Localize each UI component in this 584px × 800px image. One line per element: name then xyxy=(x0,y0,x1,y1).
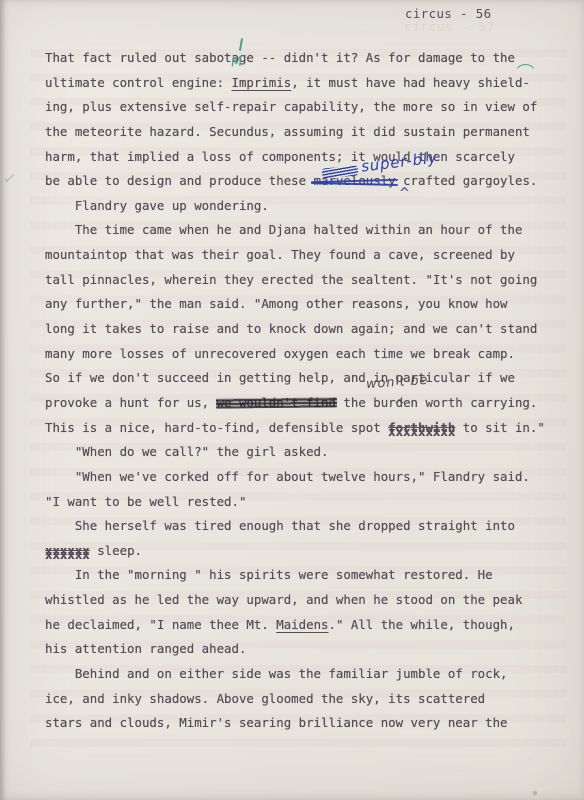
typed-line: In the "morning " his spirits were somew… xyxy=(45,563,565,588)
typed-line: mountaintop that was their goal. They fo… xyxy=(45,243,565,268)
typed-text-segment: "I want to be well rested." xyxy=(45,494,246,509)
typed-line: be able to design and produce these marv… xyxy=(45,169,565,194)
typed-line: he declaimed, "I name thee Mt. Maidens."… xyxy=(45,613,565,638)
typed-text-segment: any further," the man said. "Among other… xyxy=(45,296,508,311)
typed-text-segment: whistled as he led the way upward, and w… xyxy=(45,592,522,607)
struck-or-marked-text: Imprimis xyxy=(232,75,292,90)
typed-text-segment: the burden worth carrying. xyxy=(336,395,537,410)
typed-text-segment: The time came when he and Djana halted w… xyxy=(45,222,522,237)
typed-line: "When we've corked off for about twelve … xyxy=(45,465,565,490)
typed-line: She herself was tired enough that she dr… xyxy=(45,514,565,539)
typed-text-segment: This is a nice, hard-to-find, defensible… xyxy=(45,420,388,435)
typed-line: This is a nice, hard-to-find, defensible… xyxy=(45,416,565,441)
typed-line: any further," the man said. "Among other… xyxy=(45,292,565,317)
typed-line: long it takes to raise and to knock down… xyxy=(45,317,565,342)
typed-text-segment: long it takes to raise and to knock down… xyxy=(45,321,537,336)
paper-speck xyxy=(533,791,537,795)
typed-text-segment: mountaintop that was their goal. They fo… xyxy=(45,247,515,262)
typed-text-segment: ing, plus extensive self-repair capabili… xyxy=(45,99,537,114)
typed-line: harm, that implied a loss of components;… xyxy=(45,145,565,170)
typed-text-segment: , it must have had heavy shield- xyxy=(291,75,530,90)
typed-text-segment: many more losses of unrecovered oxygen e… xyxy=(45,346,515,361)
typed-line: provoke a hunt for us, we wouldn't find … xyxy=(45,391,565,416)
typed-line: tall pinnacles, wherein they erected the… xyxy=(45,268,565,293)
typed-text-segment: In the "morning " his spirits were somew… xyxy=(45,567,493,582)
typed-text-segment: That fact ruled out sabotage -- didn't i… xyxy=(45,50,515,65)
typed-text-segment: tall pinnacles, wherein they erected the… xyxy=(45,272,537,287)
typed-text-segment: provoke a hunt for us, xyxy=(45,395,217,410)
typed-text-segment: ." All the while, though, xyxy=(328,617,515,632)
typed-text-segment: the meteorite hazard. Secundus, assuming… xyxy=(45,124,530,139)
typed-text: That fact ruled out sabotage -- didn't i… xyxy=(45,46,565,736)
typed-text-segment: stars and clouds, Mimir's searing brilli… xyxy=(45,715,508,730)
typed-line: So if we don't succeed in getting help, … xyxy=(45,366,565,391)
overtyped-x-strike: xxxxxxxxx xyxy=(388,420,455,445)
typed-line: ice, and inky shadows. Above gloomed the… xyxy=(45,687,565,712)
page-left-edge xyxy=(0,0,6,800)
manuscript-page: circus - 56 That fact ruled out sabotage… xyxy=(0,0,584,800)
typed-text-segment: be able to design and produce these xyxy=(45,173,314,188)
typed-line: That fact ruled out sabotage -- didn't i… xyxy=(45,46,565,71)
typed-line: many more losses of unrecovered oxygen e… xyxy=(45,342,565,367)
typed-text-segment: his attention ranged ahead. xyxy=(45,641,246,656)
typed-text-segment: harm, that implied a loss of components;… xyxy=(45,149,515,164)
struck-or-marked-text: forthwithxxxxxxxxx xyxy=(388,420,455,435)
typed-line: The time came when he and Djana halted w… xyxy=(45,218,565,243)
typed-line: Behind and on either side was the famili… xyxy=(45,662,565,687)
typed-text-segment: "When we've corked off for about twelve … xyxy=(45,469,530,484)
typed-text-segment: to sit in." xyxy=(455,420,545,435)
typed-line: ing, plus extensive self-repair capabili… xyxy=(45,95,565,120)
page-header-text: circus - 56 xyxy=(405,6,491,21)
typed-text-segment: sleep. xyxy=(90,543,142,558)
typed-line: whistled as he led the way upward, and w… xyxy=(45,588,565,613)
typed-text-segment: She herself was tired enough that she dr… xyxy=(45,518,515,533)
struck-or-marked-text: xxxxxxxxxxxx xyxy=(45,543,90,558)
typed-line: ultimate control engine: Imprimis, it mu… xyxy=(45,71,565,96)
typed-text-segment: Behind and on either side was the famili… xyxy=(45,666,508,681)
typed-line: "When do we call?" the girl asked. xyxy=(45,440,565,465)
typed-text-segment: he declaimed, "I name thee Mt. xyxy=(45,617,276,632)
typed-text-segment: "When do we call?" the girl asked. xyxy=(45,444,328,459)
overtyped-x-strike: xxxxxx xyxy=(45,543,90,568)
struck-or-marked-text: Maidens xyxy=(276,617,328,632)
typed-line: stars and clouds, Mimir's searing brilli… xyxy=(45,711,565,736)
bleed-through-next-header: circus - 57 xyxy=(404,21,495,33)
typed-line: the meteorite hazard. Secundus, assuming… xyxy=(45,120,565,145)
typed-text-segment: So if we don't succeed in getting help, … xyxy=(45,370,515,385)
typed-line: his attention ranged ahead. xyxy=(45,637,565,662)
page-header: circus - 56 xyxy=(405,6,491,21)
struck-or-marked-text: marvelously xyxy=(314,173,396,188)
typed-text-segment: ice, and inky shadows. Above gloomed the… xyxy=(45,691,485,706)
typed-line: "I want to be well rested." xyxy=(45,490,565,515)
typed-text-segment: Flandry gave up wondering. xyxy=(45,198,269,213)
typed-text-segment: ultimate control engine: xyxy=(45,75,232,90)
struck-or-marked-text: we wouldn't find xyxy=(217,395,336,410)
typed-line: Flandry gave up wondering. xyxy=(45,194,565,219)
typed-line: xxxxxxxxxxxx sleep. xyxy=(45,539,565,564)
typed-text-segment: crafted gargoyles. xyxy=(396,173,538,188)
